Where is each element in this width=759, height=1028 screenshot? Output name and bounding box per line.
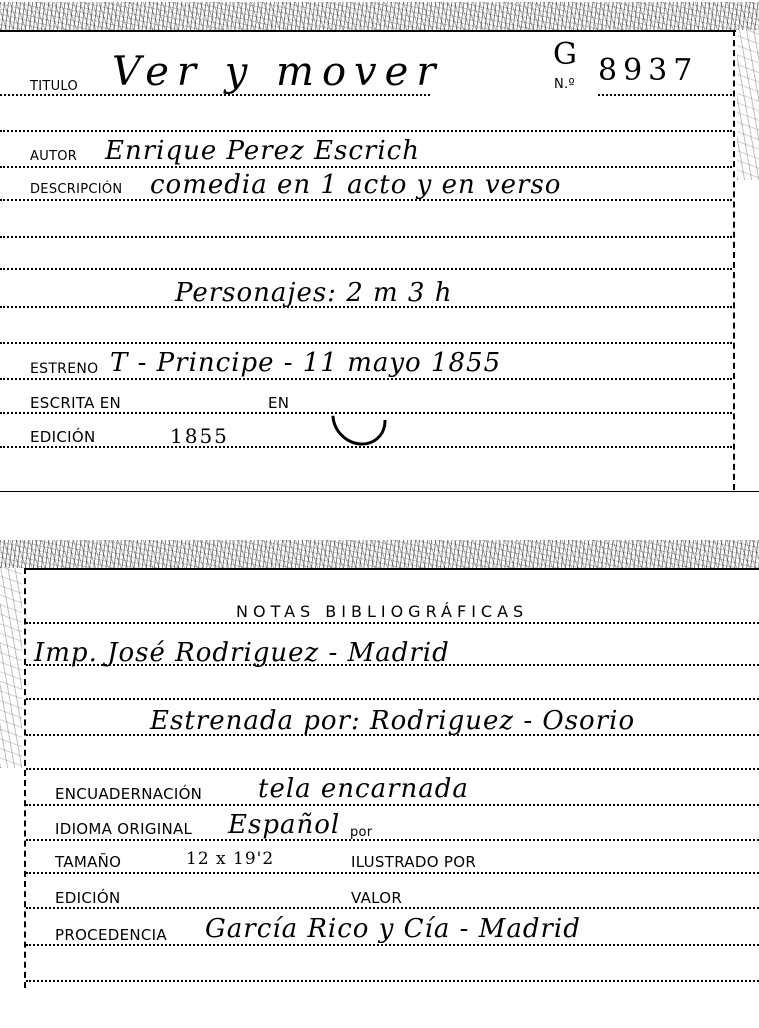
procedencia-value: García Rico y Cía - Madrid <box>205 916 581 942</box>
catalog-card-front: TITULO Ver y mover G N.º 8937 AUTOR Enri… <box>0 0 759 500</box>
scan-noise-top <box>0 2 759 30</box>
valor-label: VALOR <box>351 891 402 906</box>
edicion-line <box>0 446 732 448</box>
titulo-line <box>0 94 430 96</box>
edicion-back-line <box>26 907 759 909</box>
back-rule-1 <box>26 698 759 700</box>
encuadernacion-value: tela encarnada <box>258 776 469 802</box>
card-top-border <box>24 568 759 570</box>
note-1: Imp. José Rodriguez - Madrid <box>34 640 450 666</box>
autor-value: Enrique Perez Escrich <box>105 138 420 164</box>
note-2: Estrenada por: Rodriguez - Osorio <box>150 708 635 734</box>
note-1-line <box>26 664 759 666</box>
front-rule-2 <box>0 236 732 238</box>
card-left-border <box>24 568 26 988</box>
scan-noise-right <box>737 30 759 180</box>
autor-label: AUTOR <box>30 150 77 163</box>
idioma-original-value: Español <box>228 812 340 838</box>
ilustrado-por-label: ILUSTRADO POR <box>351 855 476 870</box>
numero-prefix-mark: G <box>553 40 578 70</box>
descripcion-line <box>0 199 732 201</box>
personajes-value: Personajes: 2 m 3 h <box>175 280 452 306</box>
idioma-original-label: IDIOMA ORIGINAL <box>55 822 192 837</box>
tamano-line <box>26 872 759 874</box>
card-front-bottom-border <box>0 491 759 492</box>
front-rule-3 <box>0 268 732 270</box>
numero-line <box>598 94 732 96</box>
card-top-border <box>0 30 736 32</box>
numero-value: 8937 <box>598 56 698 86</box>
note-2-line <box>26 734 759 736</box>
tamano-value: 12 x 19'2 <box>186 851 274 868</box>
edicion-value: 1855 <box>170 426 229 446</box>
autor-line <box>0 166 732 168</box>
notas-heading-line <box>26 622 759 624</box>
titulo-label: TITULO <box>30 80 78 93</box>
card-right-border <box>733 30 735 490</box>
escrita-en-label: ESCRITA EN <box>30 396 121 411</box>
traducido-por-label: por <box>350 826 372 839</box>
estreno-value: T - Principe - 11 mayo 1855 <box>110 350 501 376</box>
idioma-original-line <box>26 839 759 841</box>
titulo-value: Ver y mover <box>112 52 443 92</box>
procedencia-line <box>26 944 759 946</box>
estreno-label: ESTRENO <box>30 362 98 376</box>
edicion-back-label: EDICIÓN <box>55 891 120 906</box>
catalog-card-back: NOTAS BIBLIOGRÁFICAS Imp. José Rodriguez… <box>0 540 759 1028</box>
notas-heading: NOTAS BIBLIOGRÁFICAS <box>236 602 528 621</box>
scan-noise-top <box>0 540 759 568</box>
descripcion-label: DESCRIPCIÓN <box>30 183 122 196</box>
procedencia-label: PROCEDENCIA <box>55 928 167 943</box>
personajes-line <box>0 306 732 308</box>
encuadernacion-line <box>26 804 759 806</box>
encuadernacion-label: ENCUADERNACIÓN <box>55 787 202 802</box>
numero-label: N.º <box>554 78 575 91</box>
front-rule-4 <box>0 342 732 344</box>
edicion-label: EDICIÓN <box>30 430 95 445</box>
estreno-line <box>0 378 732 380</box>
en-label: EN <box>268 396 289 411</box>
front-rule-1 <box>0 130 732 132</box>
tamano-label: TAMAÑO <box>55 855 121 870</box>
descripcion-value: comedia en 1 acto y en verso <box>150 172 561 198</box>
back-rule-3 <box>26 980 759 982</box>
scan-noise-left <box>0 568 22 768</box>
back-rule-2 <box>26 768 759 770</box>
